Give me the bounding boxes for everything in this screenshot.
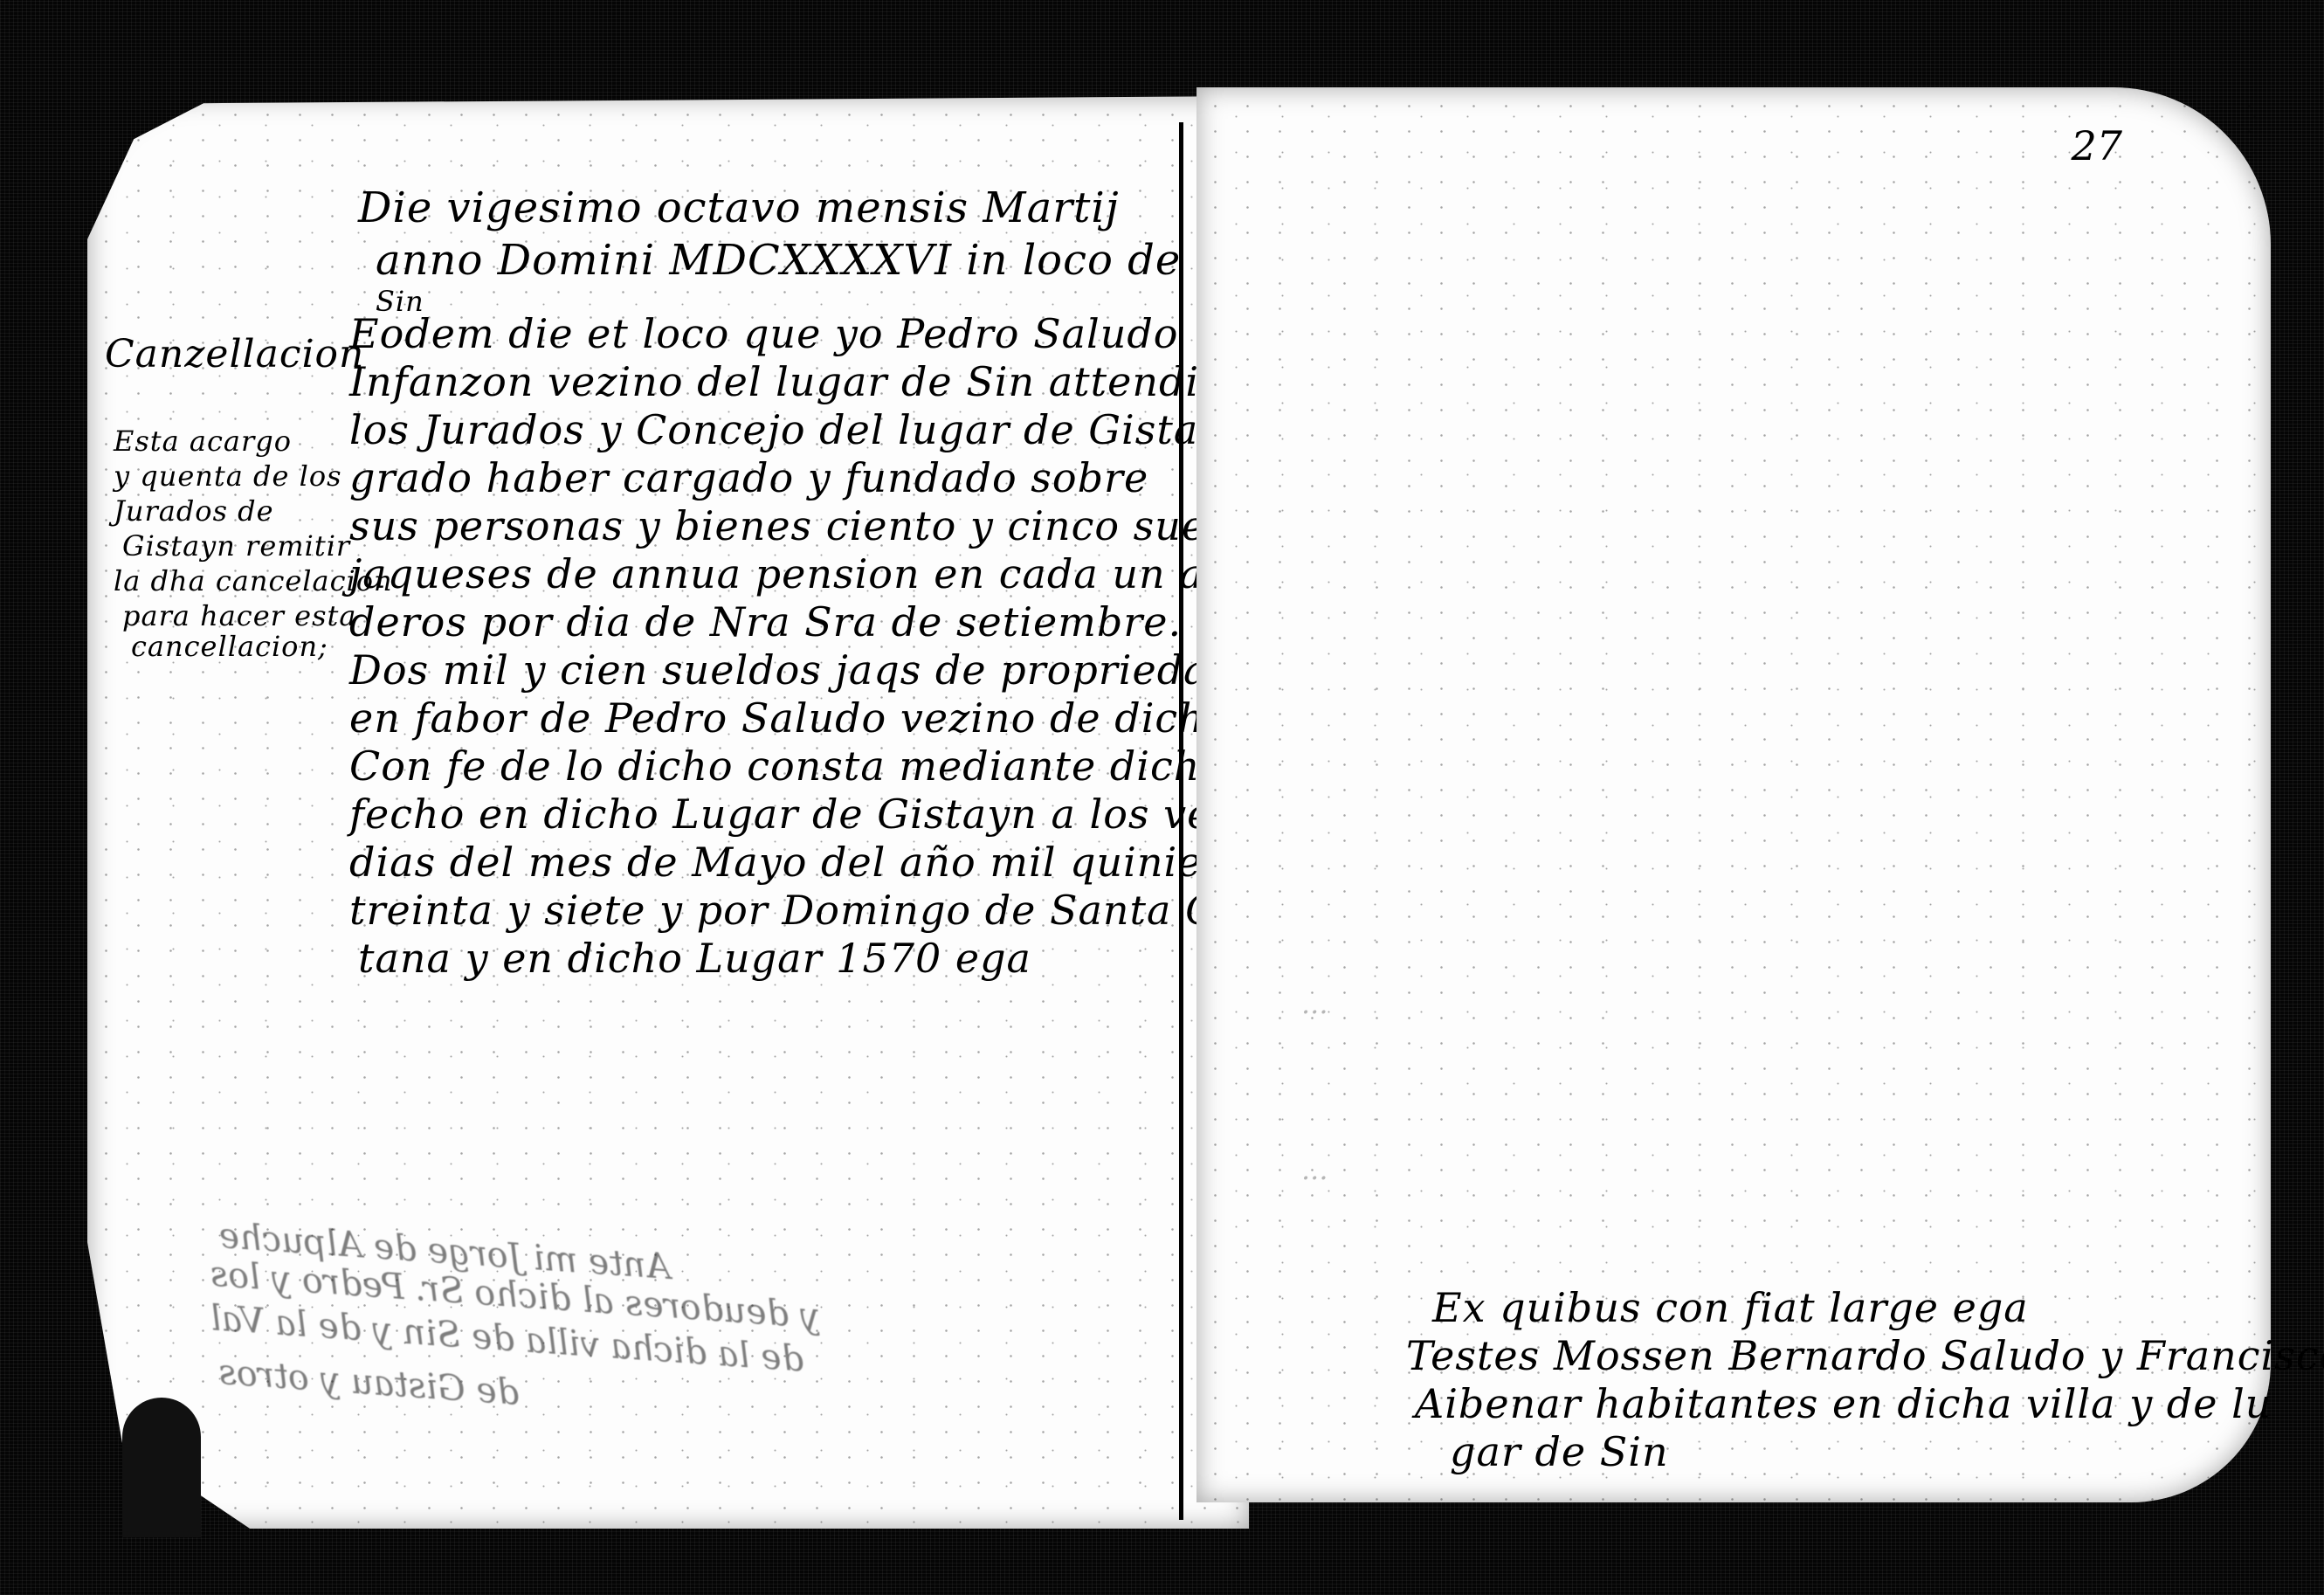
margin-note-line: Esta acargo (114, 424, 292, 459)
thumb-shadow (122, 1398, 201, 1537)
witness-line: Aibenar habitantes en dicha villa y de l… (1415, 1380, 2272, 1427)
right-page: 27 ... ... Ex quibus con fiat large ega … (1196, 87, 2271, 1502)
page-gutter-line (1179, 122, 1183, 1520)
body-line: grado haber cargado y fundado sobre (349, 454, 1148, 501)
body-line: los Jurados y Concejo del lugar de Gista… (349, 406, 1314, 453)
left-page: Die vigesimo octavo mensis Martij anno D… (87, 96, 1249, 1529)
margin-note-line: para hacer esta (122, 598, 356, 633)
manuscript-spread: Die vigesimo octavo mensis Martij anno D… (35, 70, 2297, 1537)
body-line: Dos mil y cien sueldos jaqs de proprieda… (349, 646, 1235, 694)
witness-line: gar de Sin (1450, 1428, 1669, 1475)
body-line: dias del mes de Mayo del año mil quinien… (349, 839, 1293, 886)
body-line: tana y en dicho Lugar 1570 ega (358, 935, 1031, 982)
margin-note-line: Gistayn remitir (122, 528, 350, 563)
heading-line-2: anno Domini MDCXXXXVI in loco de (376, 236, 1181, 285)
margin-note-line: y quenta de los (114, 459, 342, 494)
body-line: deros por dia de Nra Sra de setiembre. C… (349, 598, 1279, 646)
witness-line: Testes Mossen Bernardo Saludo y Francisc… (1406, 1332, 2324, 1379)
margin-note-line: cancellacion; (131, 629, 328, 664)
faint-line: ... (1301, 1153, 1328, 1186)
body-line: Infanzon vezino del lugar de Sin attendi… (349, 358, 1293, 405)
folio-number: 27 (2071, 122, 2122, 169)
margin-note-title: Canzellacion (105, 332, 364, 376)
margin-note-line: Jurados de (114, 494, 274, 528)
body-line: sus personas y bienes ciento y cinco sue… (349, 502, 1293, 549)
witness-line: Ex quibus con fiat large ega (1432, 1284, 2029, 1331)
heading-line-1: Die vigesimo octavo mensis Martij (358, 183, 1120, 232)
body-line: treinta y siete y por Domingo de Santa G… (349, 887, 1270, 934)
bleedthrough-line: de Gistau y otros (217, 1352, 521, 1413)
faint-line: ... (1301, 987, 1328, 1020)
body-line: Eodem die et loco que yo Pedro Saludo (349, 310, 1179, 357)
body-line: fecho en dicho Lugar de Gistayn a los ve… (349, 791, 1293, 838)
